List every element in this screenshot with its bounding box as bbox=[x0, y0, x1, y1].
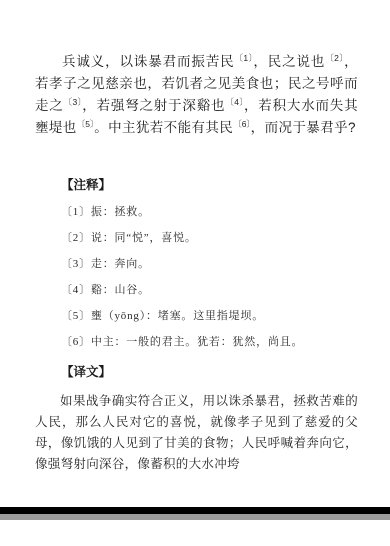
note-ref-6: 〔6〕 bbox=[233, 119, 250, 129]
annotation-item-2: 〔2〕说：同“悦”，喜悦。 bbox=[61, 231, 358, 245]
annotation-item-1: 〔1〕振：拯救。 bbox=[61, 205, 358, 219]
translation-paragraph: 如果战争确实符合正义，用以诛杀暴君，拯救苦难的人民，那么人民对它的喜悦，就像孝子… bbox=[35, 391, 358, 475]
text-segment: ，若强弩之射于深谿也 bbox=[82, 98, 225, 113]
note-ref-5: 〔5〕 bbox=[77, 119, 94, 129]
text-segment: 。中主犹若不能有其民 bbox=[94, 120, 233, 135]
ebook-page: 兵诚义，以诛暴君而振苦民〔1〕，民之说也〔2〕，若孝子之见慈亲也，若饥者之见美食… bbox=[0, 0, 390, 546]
page-bottom-gray-bar bbox=[0, 514, 390, 520]
translation-header: 【译文】 bbox=[61, 362, 358, 380]
note-ref-2: 〔2〕 bbox=[325, 53, 344, 63]
text-segment: 兵诚义，以诛暴君而振苦民 bbox=[62, 54, 234, 69]
note-ref-1: 〔1〕 bbox=[234, 53, 253, 63]
note-ref-4: 〔4〕 bbox=[225, 97, 244, 107]
annotation-item-4: 〔4〕谿：山谷。 bbox=[61, 283, 358, 297]
page-content: 兵诚义，以诛暴君而振苦民〔1〕，民之说也〔2〕，若孝子之见慈亲也，若饥者之见美食… bbox=[35, 0, 358, 475]
annotations-list: 〔1〕振：拯救。 〔2〕说：同“悦”，喜悦。 〔3〕走：奔向。 〔4〕谿：山谷。… bbox=[35, 205, 358, 349]
text-segment: ，民之说也 bbox=[253, 54, 325, 69]
annotation-item-5: 〔5〕壅（yōng）：堵塞。这里指堤坝。 bbox=[61, 309, 358, 323]
classical-text-paragraph: 兵诚义，以诛暴君而振苦民〔1〕，民之说也〔2〕，若孝子之见慈亲也，若饥者之见美食… bbox=[35, 51, 358, 139]
annotation-item-6: 〔6〕中主：一般的君主。犹若：犹然，尚且。 bbox=[61, 335, 358, 349]
note-ref-3: 〔3〕 bbox=[64, 97, 83, 107]
text-segment: ，而况于暴君乎? bbox=[251, 120, 356, 135]
annotation-item-3: 〔3〕走：奔向。 bbox=[61, 257, 358, 271]
annotations-header: 【注释】 bbox=[61, 175, 358, 193]
page-bottom-black-bar bbox=[0, 507, 390, 514]
